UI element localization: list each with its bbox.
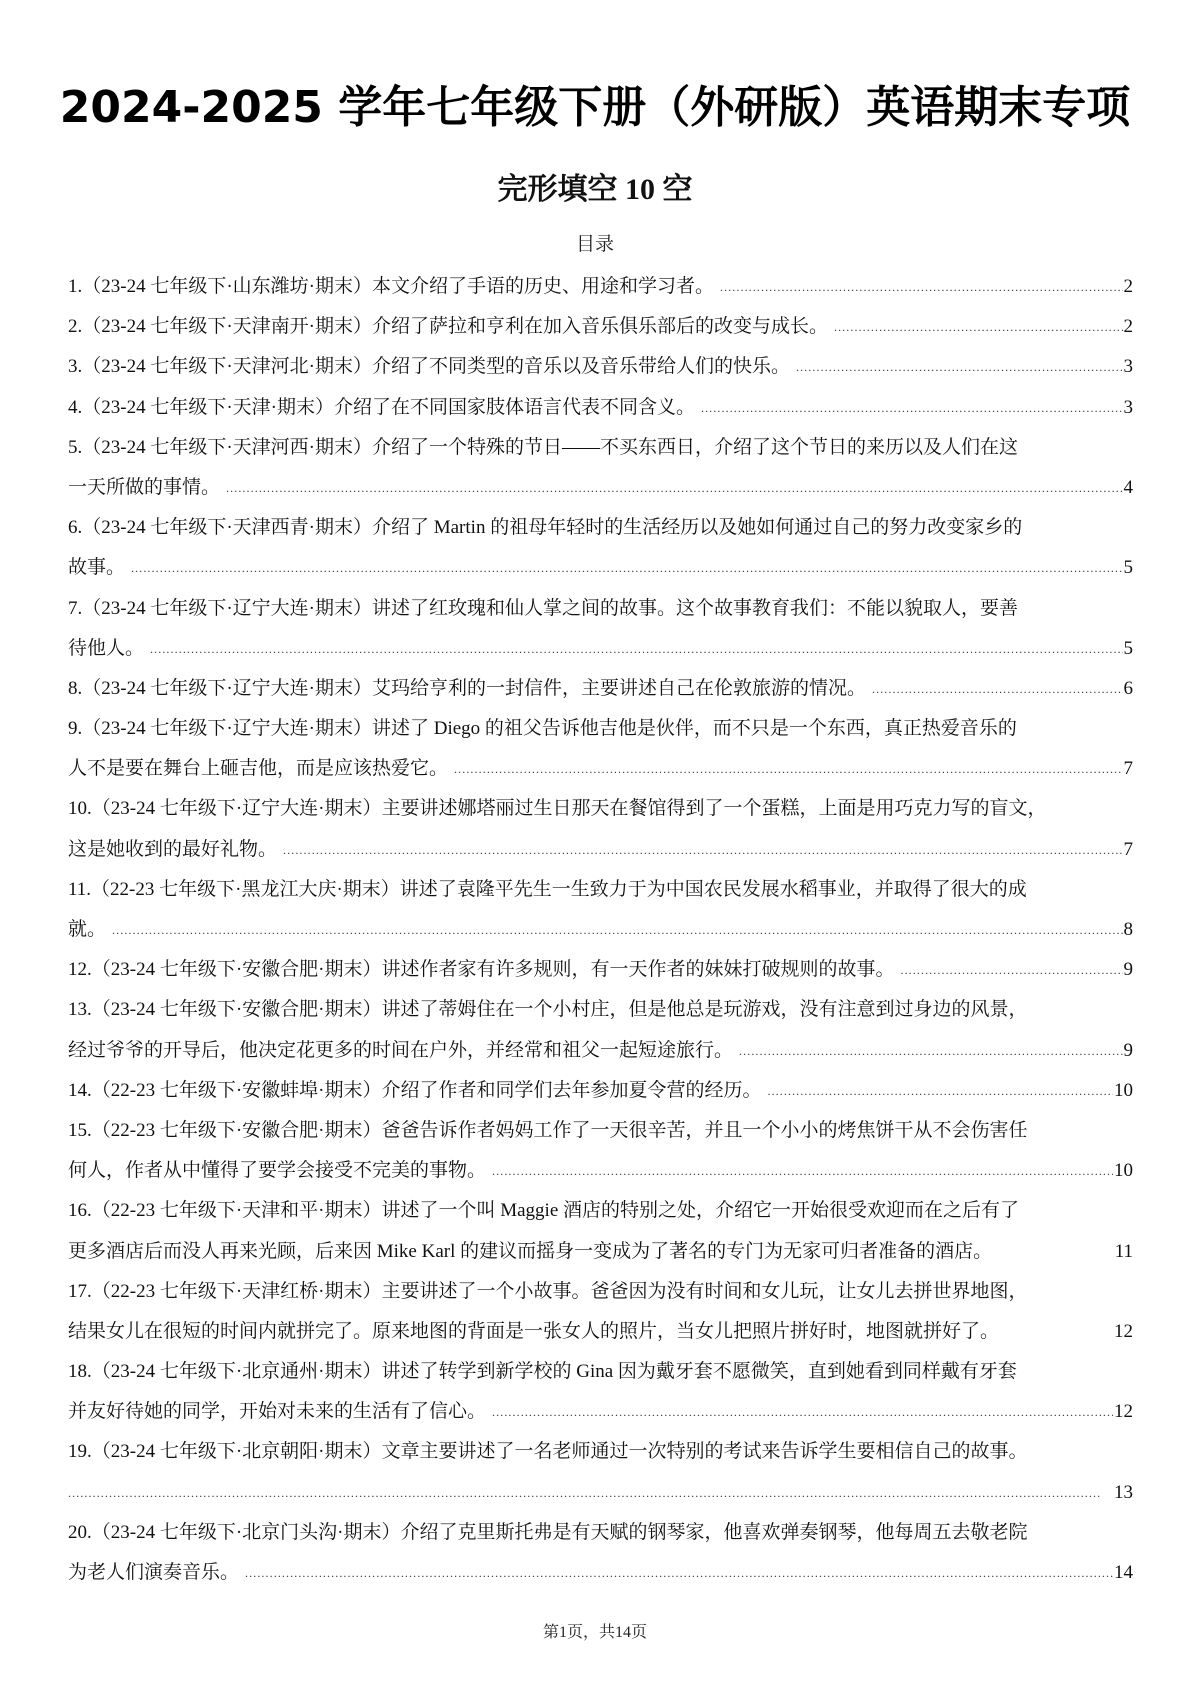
toc-entry-text: 10.（23-24 七年级下·辽宁大连·期末）主要讲述娜塔丽过生日那天在餐馆得到… [68,794,1133,824]
toc-entry-6[interactable]: 6.（23-24 七年级下·天津西青·期末）介绍了 Martin 的祖母年轻时的… [68,513,1133,593]
toc-page-number: 10 [1114,1156,1133,1186]
toc-entry-text: 5.（23-24 七年级下·天津河西·期末）介绍了一个特殊的节日——不买东西日，… [68,433,1133,463]
toc-page-number: 13 [1114,1478,1133,1508]
toc-entry-13[interactable]: 13.（23-24 七年级下·安徽合肥·期末）讲述了蒂姆住在一个小村庄，但是他总… [68,995,1133,1075]
toc-page-number: 12 [1114,1397,1133,1427]
toc-entry-text: 8.（23-24 七年级下·辽宁大连·期末）艾玛给亨利的一封信件，主要讲述自己在… [68,674,866,704]
dot-leader [739,1036,1122,1066]
toc-entry-5[interactable]: 5.（23-24 七年级下·天津河西·期末）介绍了一个特殊的节日——不买东西日，… [68,433,1133,513]
toc-entry-12[interactable]: 12.（23-24 七年级下·安徽合肥·期末）讲述作者家有许多规则，有一天作者的… [68,955,1133,995]
toc-page-number: 7 [1124,835,1134,865]
table-of-contents: 1.（23-24 七年级下·山东潍坊·期末）本文介绍了手语的历史、用途和学习者。… [68,272,1133,1598]
toc-entry-16[interactable]: 16.（22-23 七年级下·天津和平·期末）讲述了一个叫 Maggie 酒店的… [68,1196,1133,1276]
toc-entry-15[interactable]: 15.（22-23 七年级下·安徽合肥·期末）爸爸告诉作者妈妈工作了一天很辛苦，… [68,1116,1133,1196]
dot-leader [245,1558,1113,1588]
toc-entry-text: 11.（22-23 七年级下·黑龙江大庆·期末）讲述了袁隆平先生一生致力于为中国… [68,875,1133,905]
toc-heading: 目录 [0,232,1190,258]
toc-entry-text-cont: 故事。 [68,553,125,583]
toc-entry-text: 7.（23-24 七年级下·辽宁大连·期末）讲述了红玫瑰和仙人掌之间的故事。这个… [68,594,1133,624]
toc-entry-text: 15.（22-23 七年级下·安徽合肥·期末）爸爸告诉作者妈妈工作了一天很辛苦，… [68,1116,1133,1146]
toc-page-number: 5 [1124,634,1134,664]
dot-leader [900,955,1122,985]
document-title: 2024-2025 学年七年级下册（外研版）英语期末专项 [0,78,1190,138]
toc-entry-text: 18.（23-24 七年级下·北京通州·期末）讲述了转学到新学校的 Gina 因… [68,1357,1133,1387]
toc-page-number: 3 [1124,393,1134,423]
toc-page-number: 3 [1124,352,1134,382]
toc-page-number: 9 [1124,955,1134,985]
toc-entry-text-cont: 这是她收到的最好礼物。 [68,835,277,865]
toc-page-number: 4 [1124,473,1134,503]
toc-entry-10[interactable]: 10.（23-24 七年级下·辽宁大连·期末）主要讲述娜塔丽过生日那天在餐馆得到… [68,794,1133,874]
dot-leader [492,1156,1113,1186]
toc-entry-text: 19.（23-24 七年级下·北京朝阳·期末）文章主要讲述了一名老师通过一次特别… [68,1437,1133,1467]
toc-entry-text: 4.（23-24 七年级下·天津·期末）介绍了在不同国家肢体语言代表不同含义。 [68,393,695,423]
toc-entry-text: 3.（23-24 七年级下·天津河北·期末）介绍了不同类型的音乐以及音乐带给人们… [68,352,790,382]
toc-page-number: 5 [1124,553,1134,583]
toc-page-number: 11 [1115,1237,1133,1267]
dot-leader [492,1397,1113,1427]
toc-entry-text-cont: 并友好待她的同学，开始对未来的生活有了信心。 [68,1397,486,1427]
toc-entry-text-cont: 何人，作者从中懂得了要学会接受不完美的事物。 [68,1156,486,1186]
dot-leader [112,915,1122,945]
toc-entry-9[interactable]: 9.（23-24 七年级下·辽宁大连·期末）讲述了 Diego 的祖父告诉他吉他… [68,714,1133,794]
toc-entry-text-cont: 一天所做的事情。 [68,473,220,503]
toc-entry-text-cont: 为老人们演奏音乐。 [68,1558,239,1588]
toc-entry-3[interactable]: 3.（23-24 七年级下·天津河北·期末）介绍了不同类型的音乐以及音乐带给人们… [68,352,1133,392]
toc-entry-text-cont: 人不是要在舞台上砸吉他，而是应该热爱它。 [68,754,448,784]
toc-page-number: 2 [1124,312,1134,342]
toc-entry-text: 13.（23-24 七年级下·安徽合肥·期末）讲述了蒂姆住在一个小村庄，但是他总… [68,995,1133,1025]
toc-entry-20[interactable]: 20.（23-24 七年级下·北京门头沟·期末）介绍了克里斯托弗是有天赋的钢琴家… [68,1518,1133,1598]
toc-entry-14[interactable]: 14.（22-23 七年级下·安徽蚌埠·期末）介绍了作者和同学们去年参加夏令营的… [68,1076,1133,1116]
toc-entry-text-cont: 就。 [68,915,106,945]
toc-entry-text-cont: 待他人。 [68,634,144,664]
toc-page-number: 9 [1124,1036,1134,1066]
dot-leader [131,553,1122,583]
toc-entry-1[interactable]: 1.（23-24 七年级下·山东潍坊·期末）本文介绍了手语的历史、用途和学习者。… [68,272,1133,312]
toc-entry-17[interactable]: 17.（22-23 七年级下·天津红桥·期末）主要讲述了一个小故事。爸爸因为没有… [68,1277,1133,1357]
dot-leader [283,835,1122,865]
toc-entry-4[interactable]: 4.（23-24 七年级下·天津·期末）介绍了在不同国家肢体语言代表不同含义。3 [68,393,1133,433]
dot-leader [150,634,1122,664]
dot-leader [834,312,1123,342]
dot-leader [226,473,1122,503]
toc-page-number: 2 [1124,272,1134,302]
toc-entry-text: 12.（23-24 七年级下·安徽合肥·期末）讲述作者家有许多规则，有一天作者的… [68,955,894,985]
toc-entry-2[interactable]: 2.（23-24 七年级下·天津南开·期末）介绍了萨拉和亨利在加入音乐俱乐部后的… [68,312,1133,352]
toc-entry-text: 1.（23-24 七年级下·山东潍坊·期末）本文介绍了手语的历史、用途和学习者。 [68,272,714,302]
toc-entry-text: 9.（23-24 七年级下·辽宁大连·期末）讲述了 Diego 的祖父告诉他吉他… [68,714,1133,744]
toc-entry-text: 6.（23-24 七年级下·天津西青·期末）介绍了 Martin 的祖母年轻时的… [68,513,1133,543]
toc-entry-text: 20.（23-24 七年级下·北京门头沟·期末）介绍了克里斯托弗是有天赋的钢琴家… [68,1518,1133,1548]
toc-entry-8[interactable]: 8.（23-24 七年级下·辽宁大连·期末）艾玛给亨利的一封信件，主要讲述自己在… [68,674,1133,714]
page-footer: 第1页，共14页 [0,1621,1190,1645]
dot-leader [701,393,1123,423]
dot-leader [454,754,1122,784]
document-subtitle: 完形填空 10 空 [0,170,1190,210]
toc-page-number: 14 [1114,1558,1133,1588]
dot-leader [68,1478,1113,1508]
toc-entry-11[interactable]: 11.（22-23 七年级下·黑龙江大庆·期末）讲述了袁隆平先生一生致力于为中国… [68,875,1133,955]
toc-entry-text-cont: 更多酒店后而没人再来光顾，后来因 Mike Karl 的建议而摇身一变成为了著名… [68,1237,992,1267]
toc-entry-text: 14.（22-23 七年级下·安徽蚌埠·期末）介绍了作者和同学们去年参加夏令营的… [68,1076,761,1106]
toc-entry-text-cont: 结果女儿在很短的时间内就拼完了。原来地图的背面是一张女人的照片，当女儿把照片拼好… [68,1317,999,1347]
toc-page-number: 6 [1124,674,1134,704]
toc-entry-text-cont: 经过爷爷的开导后，他决定花更多的时间在户外，并经常和祖父一起短途旅行。 [68,1036,733,1066]
toc-entry-18[interactable]: 18.（23-24 七年级下·北京通州·期末）讲述了转学到新学校的 Gina 因… [68,1357,1133,1437]
dot-leader [767,1076,1113,1106]
dot-leader [872,674,1123,704]
toc-entry-text: 17.（22-23 七年级下·天津红桥·期末）主要讲述了一个小故事。爸爸因为没有… [68,1277,1133,1307]
toc-page-number: 10 [1114,1076,1133,1106]
toc-page-number: 7 [1124,754,1134,784]
toc-page-number: 8 [1124,915,1134,945]
toc-entry-text: 16.（22-23 七年级下·天津和平·期末）讲述了一个叫 Maggie 酒店的… [68,1196,1133,1226]
dot-leader [720,272,1123,302]
toc-entry-7[interactable]: 7.（23-24 七年级下·辽宁大连·期末）讲述了红玫瑰和仙人掌之间的故事。这个… [68,594,1133,674]
toc-entry-19[interactable]: 19.（23-24 七年级下·北京朝阳·期末）文章主要讲述了一名老师通过一次特别… [68,1437,1133,1517]
dot-leader [796,352,1123,382]
toc-page-number: 12 [1114,1317,1133,1347]
toc-entry-text: 2.（23-24 七年级下·天津南开·期末）介绍了萨拉和亨利在加入音乐俱乐部后的… [68,312,828,342]
